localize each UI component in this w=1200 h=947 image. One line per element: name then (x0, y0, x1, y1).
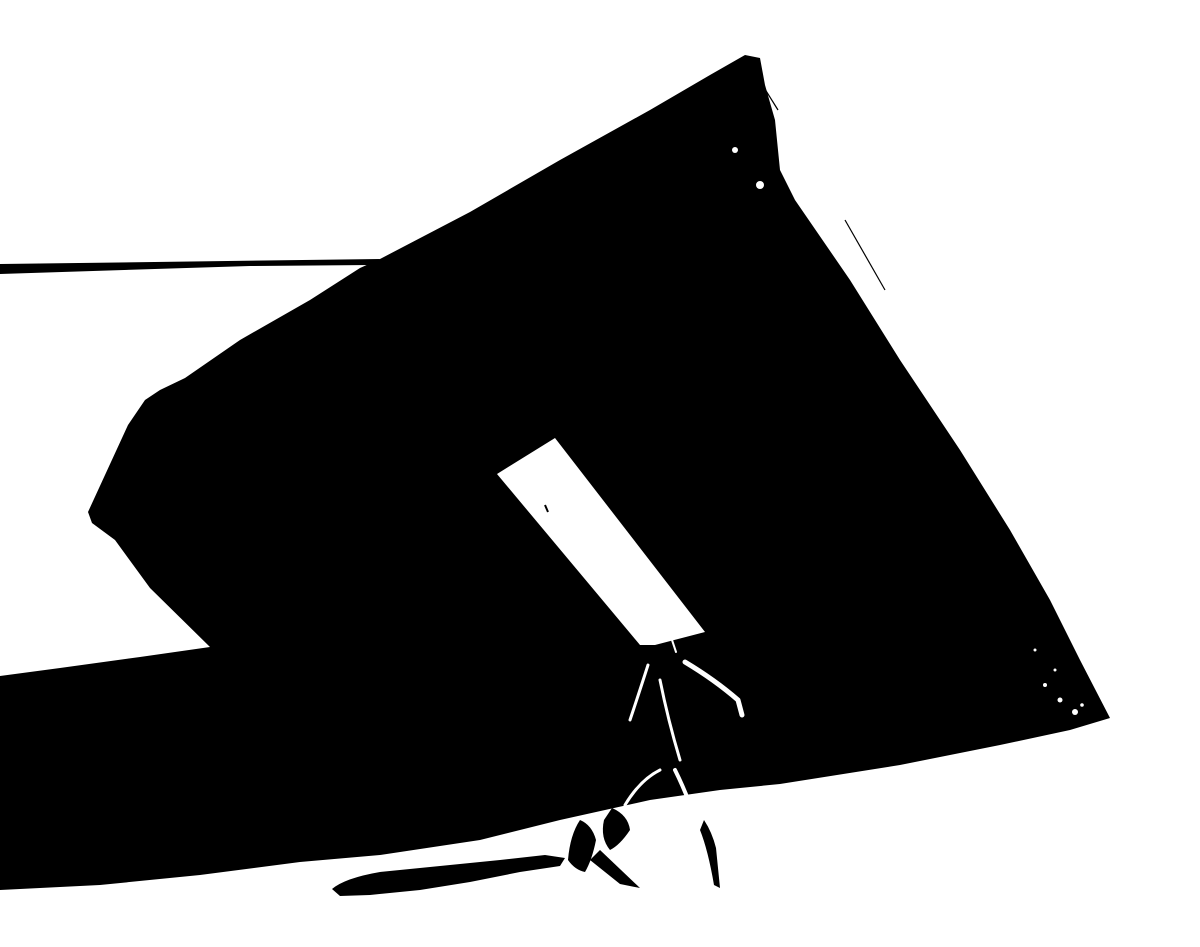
photograph (0, 0, 1200, 947)
